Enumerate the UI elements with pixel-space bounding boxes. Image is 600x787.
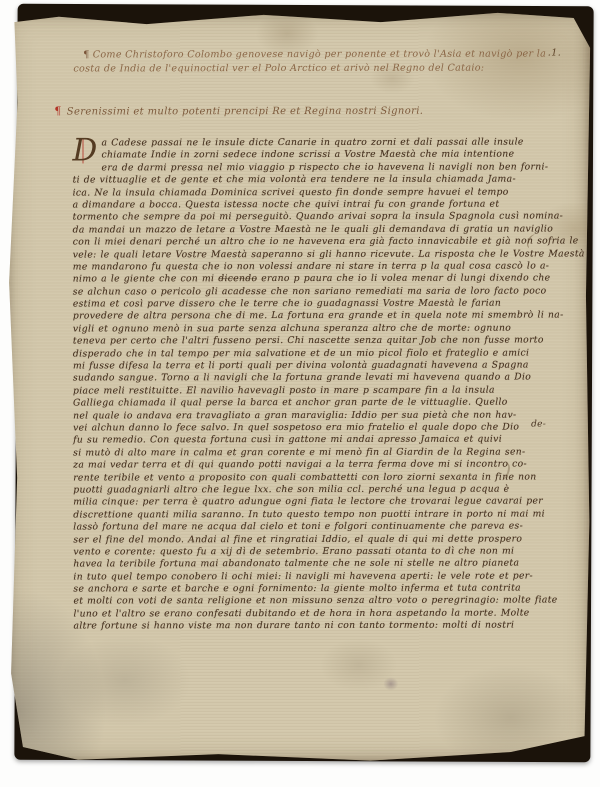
body-text-block: D a Cadese passai ne le insule dicte Can… xyxy=(72,136,567,633)
margin-note: de- xyxy=(531,419,546,429)
drop-cap-initial: D xyxy=(72,138,96,163)
manuscript-line: havea la teribile fortuna mai abandonato… xyxy=(73,558,567,571)
manuscript-line: vento e corente: questo fu a xij dì de s… xyxy=(73,545,567,558)
manuscript-line: piace meli restituitte. El navilio havev… xyxy=(73,384,567,397)
manuscript-line: provedere de altra persona che di me. La… xyxy=(73,310,567,323)
manuscript-line: ica. Ne la insula chiamada Dominica scri… xyxy=(73,186,567,199)
manuscript-line: me mandarono fu questa che io non voless… xyxy=(73,260,567,273)
red-pilcrow-icon: ¶ xyxy=(54,104,61,117)
manuscript-line: discrettione quanti milia saranno. In tu… xyxy=(73,508,567,521)
manuscript-line: disperado che in tal tempo per mia salva… xyxy=(73,347,567,360)
manuscript-line: con li miei denari perché un altro che i… xyxy=(73,236,567,249)
manuscript-line: nel quale io andava era travagliato a gr… xyxy=(73,409,567,422)
salutation-line: ¶Serenissimi et multo potenti prencipi R… xyxy=(54,103,554,117)
manuscript-line: Galliega chiamada il qual perse la barca… xyxy=(73,397,567,410)
manuscript-line: fu su remedio. Con questa fortuna cusì i… xyxy=(73,434,567,447)
manuscript-line: se alchun caso o pericolo gli acadesse c… xyxy=(73,285,567,298)
pilcrow-icon: ¶ xyxy=(83,49,89,60)
manuscript-line: altre fortune si hanno viste ma non dura… xyxy=(73,620,567,633)
manuscript-line: sudando sangue. Torno a li navigli che l… xyxy=(73,372,567,385)
pen-mark-2: ) xyxy=(502,458,511,482)
manuscript-line: et molti con voti de santa religione et … xyxy=(73,595,567,608)
manuscript-line: vele: le quali letare Vostre Maestà sape… xyxy=(73,248,567,261)
body-lines: a Cadese passai ne le insule dicte Canar… xyxy=(72,136,567,633)
manuscript-line: mi fusse difesa la terra et li porti qua… xyxy=(73,359,567,372)
manuscript-line: da mandai un mazzo de letare a Vostre Ma… xyxy=(73,223,567,236)
scan-background: ¶Come Christoforo Colombo genovese navig… xyxy=(0,0,600,787)
manuscript-line: si mutò di alto mare in calma et gran co… xyxy=(73,446,567,459)
manuscript-line: ser el fine del mondo. Andai al fine et … xyxy=(73,533,567,546)
manuscript-line: milia cinque: per terra è quatro adungue… xyxy=(73,496,567,509)
manuscript-line: teneva per certo che l'altri fusseno per… xyxy=(73,335,567,348)
manuscript-line: chiamate Indie in zorni sedece indone sc… xyxy=(73,149,567,162)
heading-text: Come Christoforo Colombo genovese navigò… xyxy=(73,48,546,73)
manuscript-line: ti de vittuaglie et de gente et che mia … xyxy=(73,174,567,187)
salutation-text: Serenissimi et multo potenti prencipi Re… xyxy=(67,106,424,118)
manuscript-line: vigli et ognuno menò in sua parte senza … xyxy=(73,322,567,335)
manuscript-line: rente teribile et vento a proposito con … xyxy=(73,471,567,484)
manuscript-line: l'uno et l'altro se erano confesati dubi… xyxy=(73,607,567,620)
rubric-heading: ¶Come Christoforo Colombo genovese navig… xyxy=(73,47,565,75)
manuscript-line: za mai vedar terra et di qui quando pott… xyxy=(73,459,567,472)
manuscript-line: in tuto quel tempo conobero li ochi miei… xyxy=(73,570,567,583)
manuscript-line: nimo a le giente che con mi d̶i̶c̶e̶n̶d̶… xyxy=(73,273,567,286)
manuscript-line: tormento che sempre da poi mi perseguitò… xyxy=(73,211,567,224)
manuscript-line: se anchora e sarte et barche e ogni forn… xyxy=(73,583,567,596)
folio-number: .1. xyxy=(548,47,562,58)
manuscript-line: lassò fortuna del mare ne acqua dal ciel… xyxy=(73,521,567,534)
manuscript-page: ¶Come Christoforo Colombo genovese navig… xyxy=(6,10,593,763)
